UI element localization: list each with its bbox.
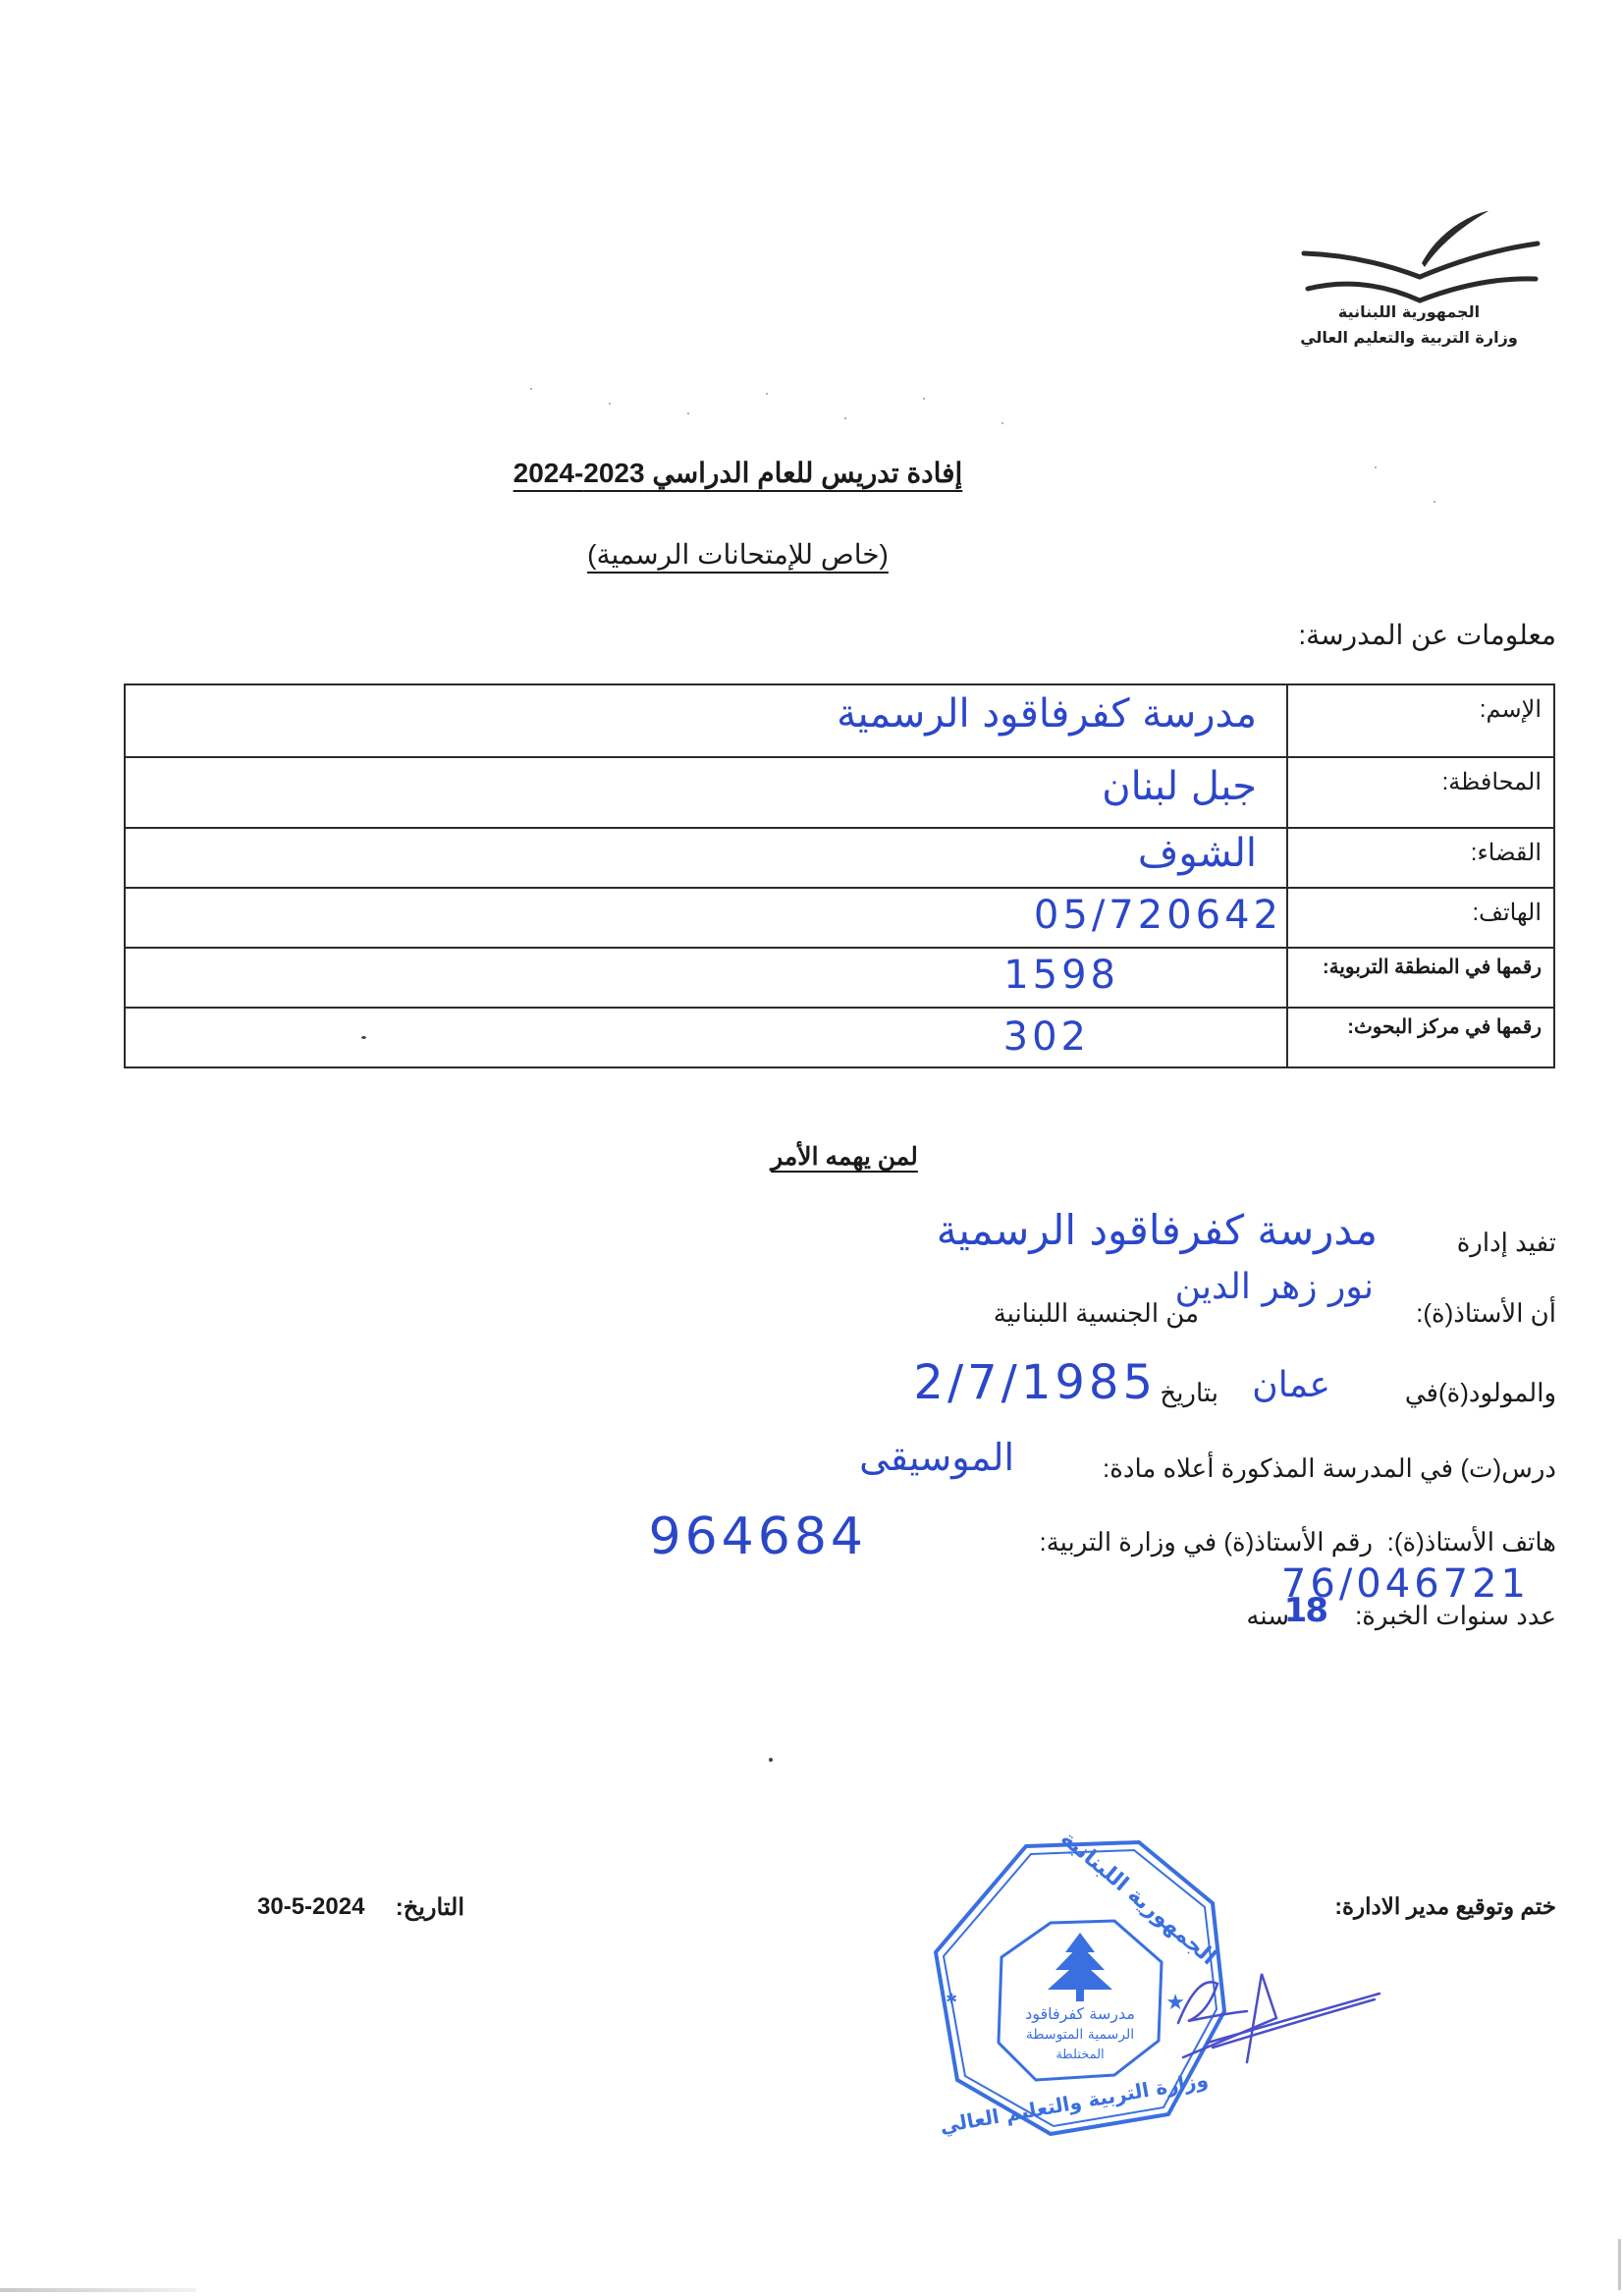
experience-unit: سنه: [1246, 1601, 1289, 1631]
nationality-label: من الجنسية اللبنانية: [994, 1298, 1199, 1329]
field-label-phone: الهاتف:: [1287, 888, 1554, 948]
school-info-heading: معلومات عن المدرسة:: [1298, 619, 1556, 651]
experience-label: عدد سنوات الخبرة:: [1355, 1601, 1556, 1631]
ministry-header: الجمهورية اللبنانية وزارة التربية والتعل…: [1267, 300, 1551, 351]
field-value-research-center-number: 302: [1003, 1014, 1090, 1060]
table-row: القضاء: الشوف: [125, 828, 1554, 888]
table-row: رقمها في مركز البحوث: 302: [125, 1008, 1554, 1067]
table-row: الهاتف: 05/720642: [125, 888, 1554, 948]
stamp-inner-line3: المختلطة: [1055, 2048, 1104, 2062]
subject-label: درس(ت) في المدرسة المذكورة أعلاه مادة:: [1103, 1453, 1556, 1484]
subject-value: الموسيقى: [859, 1436, 1014, 1479]
teacher-phone-value: 964684: [648, 1507, 867, 1566]
field-label-research-center-number: رقمها في مركز البحوث:: [1287, 1008, 1554, 1067]
birth-date-value: 2/7/1985: [913, 1355, 1157, 1410]
field-value-name: مدرسة كفرفاقود الرسمية: [837, 691, 1257, 737]
document-subtitle: (خاص للإمتحانات الرسمية): [0, 538, 1623, 571]
field-value-educational-zone-number: 1598: [1003, 953, 1119, 998]
ministry-number-label: رقم الأستاذ(ة) في وزارة التربية:: [1040, 1527, 1374, 1558]
date-label: التاريخ:: [396, 1893, 464, 1922]
school-info-table: الإسم: مدرسة كفرفاقود الرسمية المحافظة: …: [124, 683, 1555, 1068]
birthplace-value: عمان: [1252, 1365, 1330, 1405]
teacher-phone-label: هاتف الأستاذ(ة):: [1387, 1527, 1556, 1558]
director-signature: [1168, 1964, 1384, 2072]
teacher-label: أن الأستاذ(ة):: [1416, 1298, 1556, 1329]
ministry-logo-icon: [1294, 206, 1549, 304]
scan-speck: [530, 388, 532, 390]
scan-speck: [609, 403, 611, 405]
field-label-educational-zone-number: رقمها في المنطقة التربوية:: [1287, 948, 1554, 1008]
country-name: الجمهورية اللبنانية: [1267, 300, 1551, 325]
date-value: 30-5-2024: [257, 1893, 364, 1921]
experience-value: 18: [1284, 1591, 1326, 1630]
field-value-district: الشوف: [1138, 831, 1257, 876]
certifies-label: تفيد إدارة: [1457, 1228, 1556, 1258]
born-in-label: والمولود(ة)في: [1405, 1378, 1556, 1408]
scan-speck: [769, 1758, 773, 1762]
to-whom-heading: لمن يهمه الأمر: [727, 1142, 962, 1172]
scan-speck: [923, 398, 925, 400]
scan-speck: [844, 417, 846, 419]
table-row: المحافظة: جبل لبنان: [125, 757, 1554, 828]
scan-speck: [766, 393, 768, 395]
stamp-inner-line1: مدرسة كفرفاقود: [1025, 2004, 1135, 2024]
field-label-governorate: المحافظة:: [1287, 757, 1554, 828]
field-label-name: الإسم:: [1287, 684, 1554, 757]
ministry-name: وزارة التربية والتعليم العالي: [1267, 325, 1551, 351]
scan-speck: [1434, 501, 1435, 503]
document-title: إفادة تدريس للعام الدراسي 2023-2024: [0, 457, 1623, 489]
field-value-governorate: جبل لبنان: [1102, 764, 1257, 809]
table-row: رقمها في المنطقة التربوية: 1598: [125, 948, 1554, 1008]
certifies-school-value: مدرسة كفرفاقود الرسمية: [937, 1206, 1378, 1254]
svg-text:✱: ✱: [946, 1992, 957, 2007]
scan-speck: [687, 412, 689, 414]
stamp-inner-line2: الرسمية المتوسطة: [1026, 2027, 1134, 2043]
signature-label: ختم وتوقيع مدير الادارة:: [1334, 1893, 1556, 1920]
table-row: الإسم: مدرسة كفرفاقود الرسمية: [125, 684, 1554, 757]
birth-date-label: بتاريخ: [1160, 1378, 1218, 1408]
scan-edge-artifact: [0, 2288, 196, 2292]
teacher-name-value: نور زهر الدين: [1175, 1267, 1374, 1307]
field-value-phone: 05/720642: [1034, 893, 1282, 938]
field-label-district: القضاء:: [1287, 828, 1554, 888]
scan-speck: [1001, 422, 1003, 424]
scan-edge-artifact: [1618, 2239, 1621, 2290]
